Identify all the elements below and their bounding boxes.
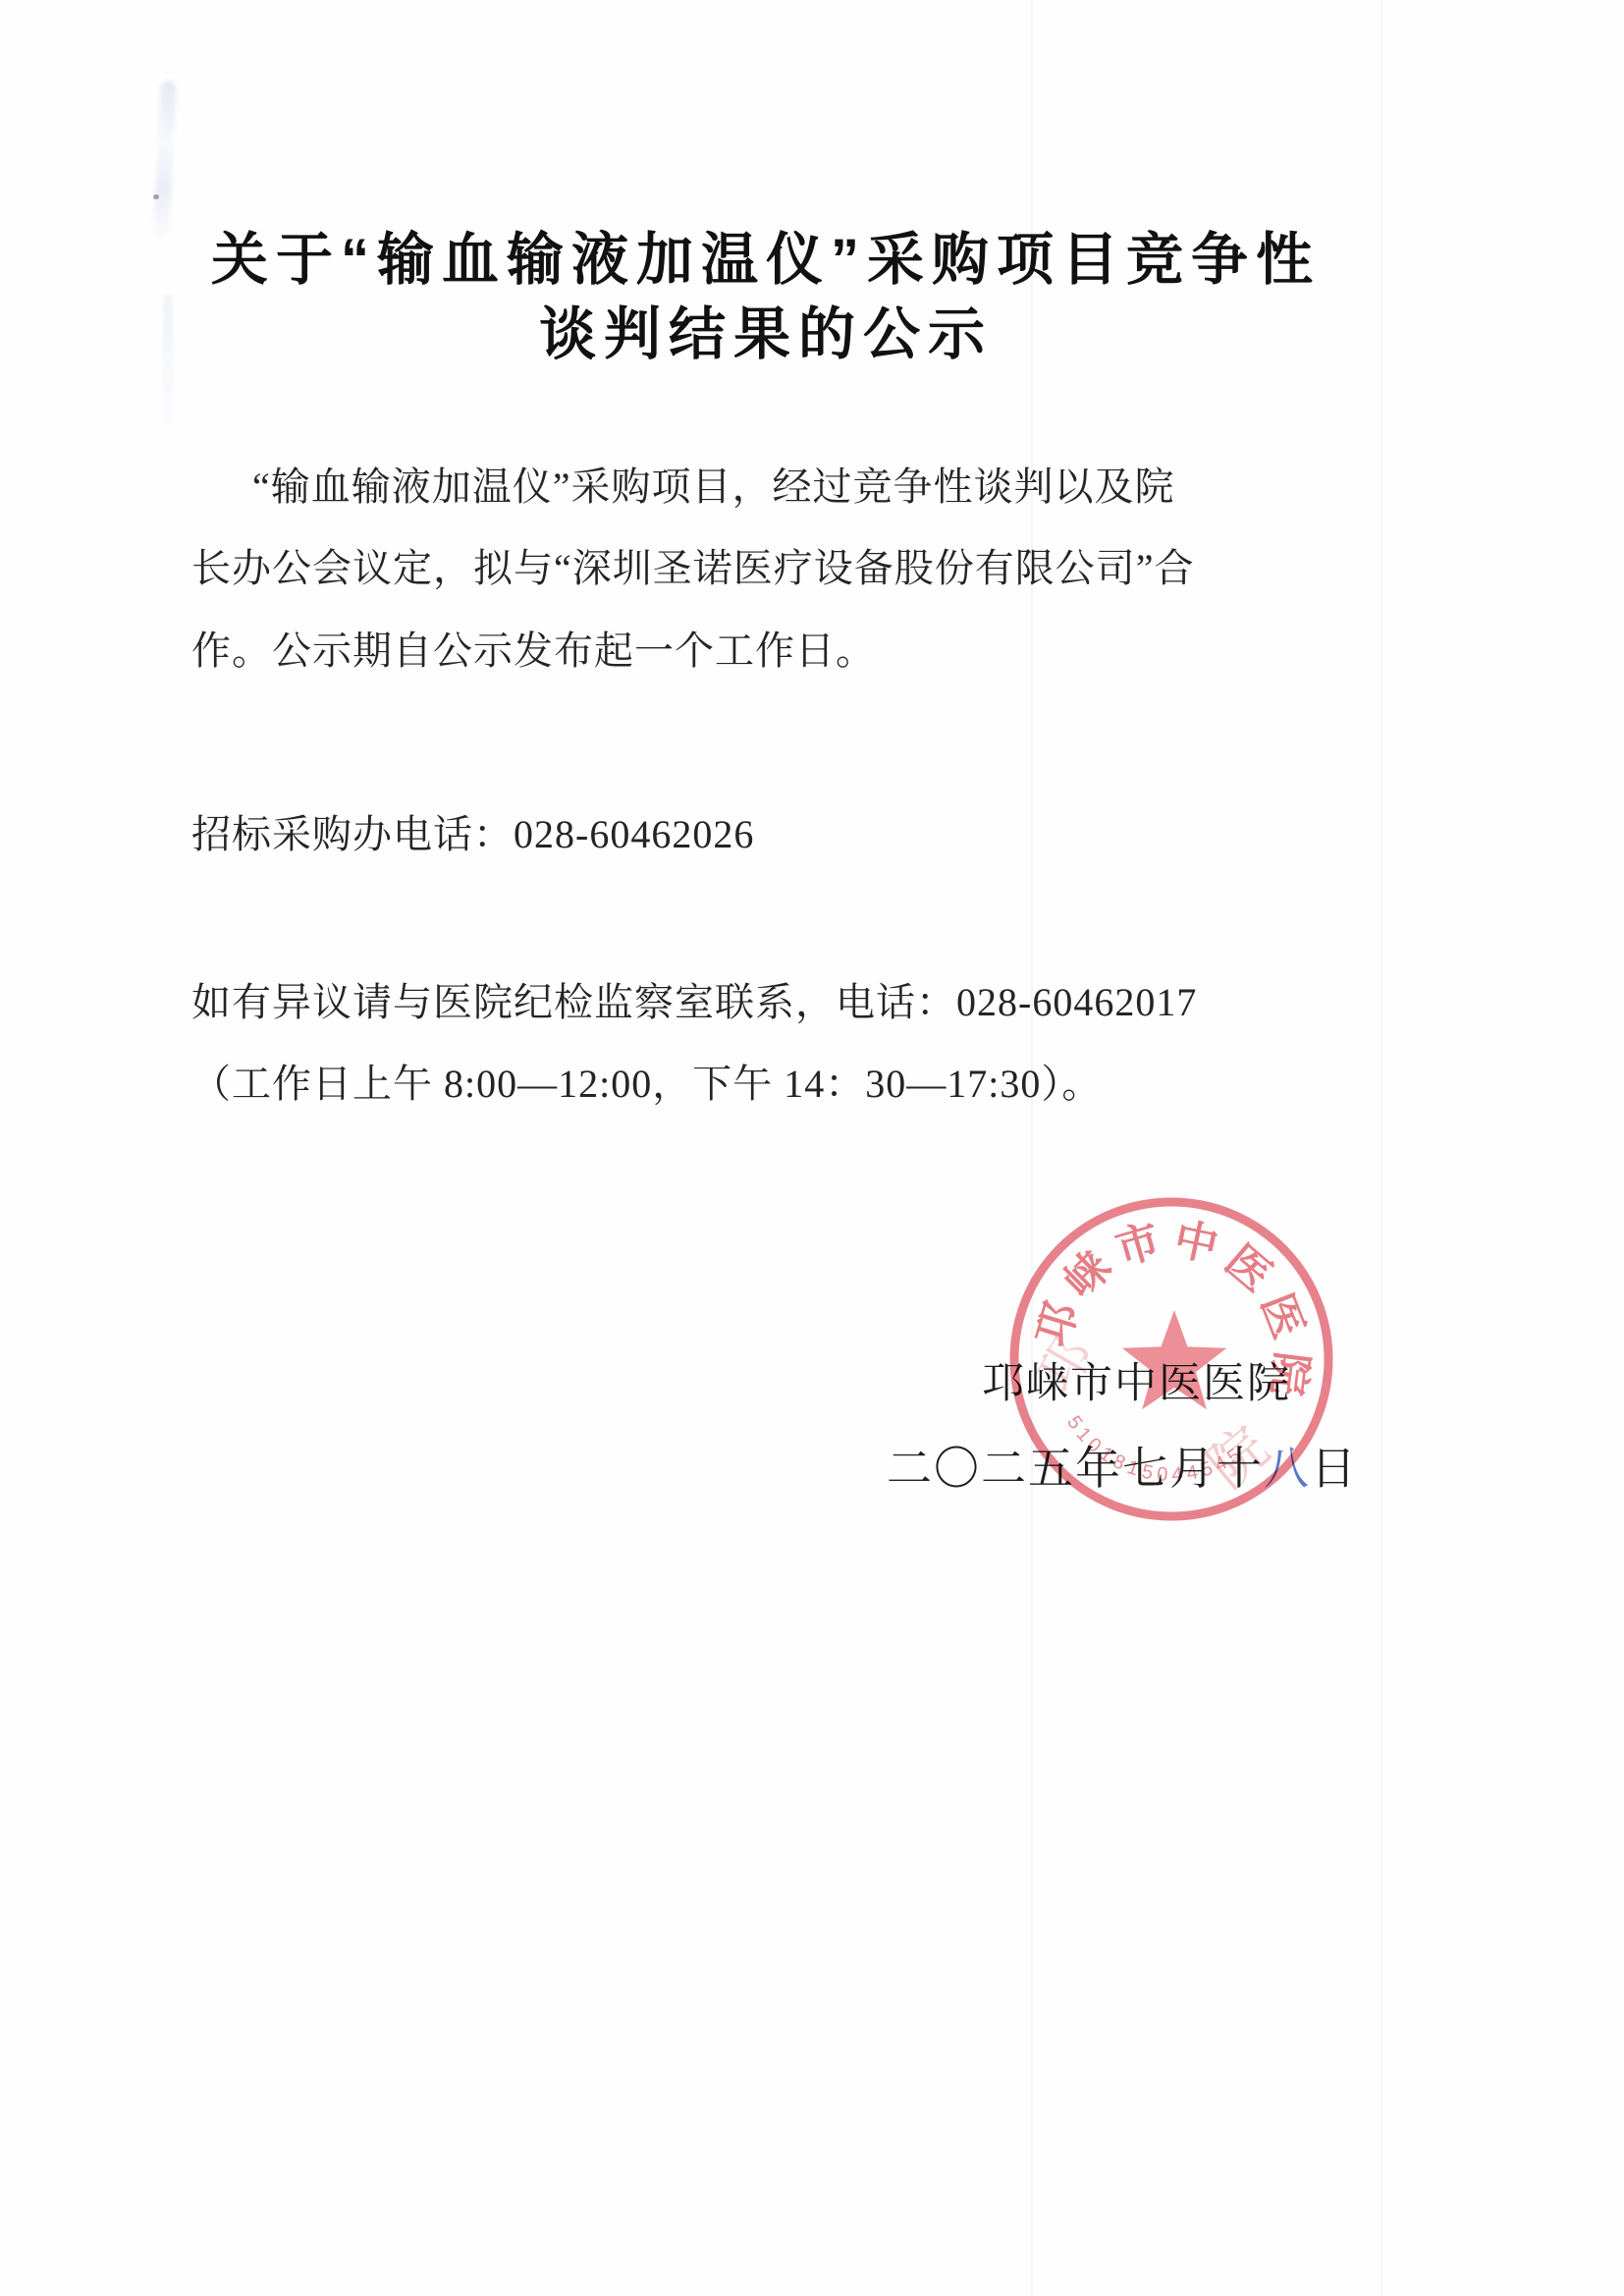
paragraph-line-1: “输血输液加温仪”采购项目，经过竞争性谈判以及院: [252, 460, 1175, 515]
seal-arc-char: 中: [1170, 1215, 1222, 1271]
official-seal: 邛崃市中医医院 邛 院 5101815044545: [1004, 1190, 1342, 1528]
paragraph-line-2: 长办公会议定，拟与“深圳圣诺医疗设备股份有限公司”合: [191, 541, 1195, 596]
seal-arc-char: 医: [1252, 1287, 1313, 1345]
paragraph-line-3: 作。公示期自公示发布起一个工作日。: [191, 624, 876, 679]
objection-contact-line: 如有异议请与医院纪检监察室联系，电话：028-60462017: [191, 975, 1197, 1030]
scan-speck: [153, 194, 159, 199]
office-hours-line: （工作日上午 8:00—12:00，下午 14：30—17:30）。: [191, 1057, 1102, 1112]
notice-title-line2: 谈判结果的公示: [137, 291, 1394, 379]
scan-smudge: [153, 81, 177, 239]
seal-arc-char: 院: [1263, 1349, 1316, 1398]
seal-star-icon: [1122, 1310, 1227, 1409]
seal-svg: 邛崃市中医医院 邛 院 5101815044545: [1004, 1190, 1342, 1528]
seal-arc-char: 崃: [1056, 1242, 1120, 1307]
seal-arc-char: 市: [1110, 1216, 1165, 1274]
scanned-notice-page: 关于“输血输液加温仪”采购项目竞争性 谈判结果的公示 “输血输液加温仪”采购项目…: [0, 0, 1624, 2296]
procurement-phone-line: 招标采购办电话：028-60462026: [191, 807, 754, 862]
seal-arc-char: 医: [1217, 1236, 1280, 1301]
